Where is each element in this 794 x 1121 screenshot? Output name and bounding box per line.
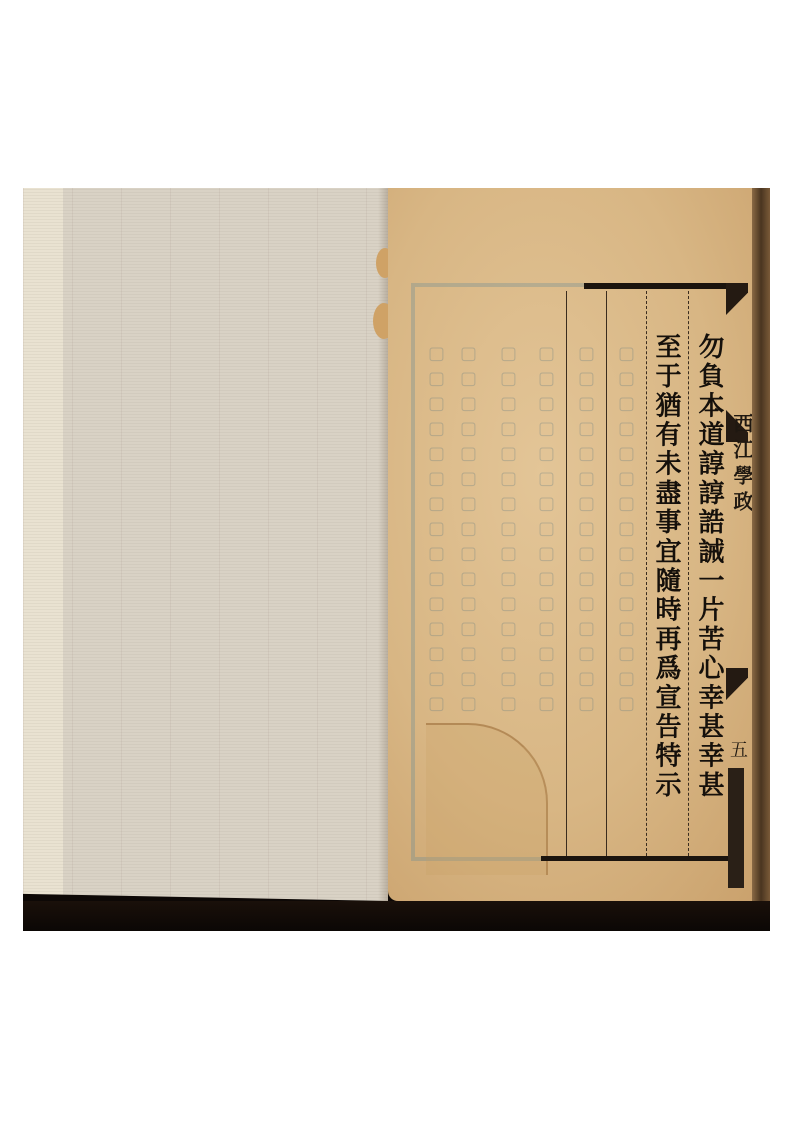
print-frame: ▢▢▢▢▢▢▢▢▢▢▢▢▢▢▢ ▢▢▢▢▢▢▢▢▢▢▢▢▢▢▢ ▢▢▢▢▢▢▢▢…: [411, 283, 748, 878]
black-block-mark: [728, 768, 744, 888]
fish-tail-mark: [726, 668, 748, 700]
top-border-rule: [584, 283, 739, 289]
column-rule: [566, 291, 567, 856]
column-rule-dashed: [646, 291, 647, 856]
text-column-2: 至于猶有未盡事宜隨時再爲宣告特示: [651, 333, 681, 800]
right-printed-page: ▢▢▢▢▢▢▢▢▢▢▢▢▢▢▢ ▢▢▢▢▢▢▢▢▢▢▢▢▢▢▢ ▢▢▢▢▢▢▢▢…: [388, 188, 770, 901]
bleed-through-column: ▢▢▢▢▢▢▢▢▢▢▢▢▢▢▢: [501, 343, 523, 718]
scanned-book-spread: ▢▢▢▢▢▢▢▢▢▢▢▢▢▢▢ ▢▢▢▢▢▢▢▢▢▢▢▢▢▢▢ ▢▢▢▢▢▢▢▢…: [23, 188, 770, 931]
text-column-1: 勿負本道諄諄誥誡一片苦心幸甚幸甚: [694, 333, 724, 800]
page-number: 五: [730, 736, 748, 762]
gutter-shadow: [378, 188, 388, 901]
column-rule: [606, 291, 607, 856]
bleed-through-column: ▢▢▢▢▢▢▢▢▢▢▢▢▢▢▢: [429, 343, 451, 718]
upper-fish-tail-mark: [726, 283, 748, 315]
column-rule-dashed: [688, 291, 689, 856]
bleed-through-column: ▢▢▢▢▢▢▢▢▢▢▢▢▢▢▢: [539, 343, 561, 718]
left-blank-page: [23, 188, 388, 901]
block-center-margin: 西江學政 五: [726, 268, 752, 888]
bleed-through-column: ▢▢▢▢▢▢▢▢▢▢▢▢▢▢▢: [579, 343, 601, 718]
bleed-through-column: ▢▢▢▢▢▢▢▢▢▢▢▢▢▢▢: [619, 343, 641, 718]
page-edge-stack: [752, 188, 770, 901]
scan-background: [23, 901, 770, 931]
bottom-border-rule: [541, 856, 741, 861]
bleed-through-column: ▢▢▢▢▢▢▢▢▢▢▢▢▢▢▢: [461, 343, 483, 718]
